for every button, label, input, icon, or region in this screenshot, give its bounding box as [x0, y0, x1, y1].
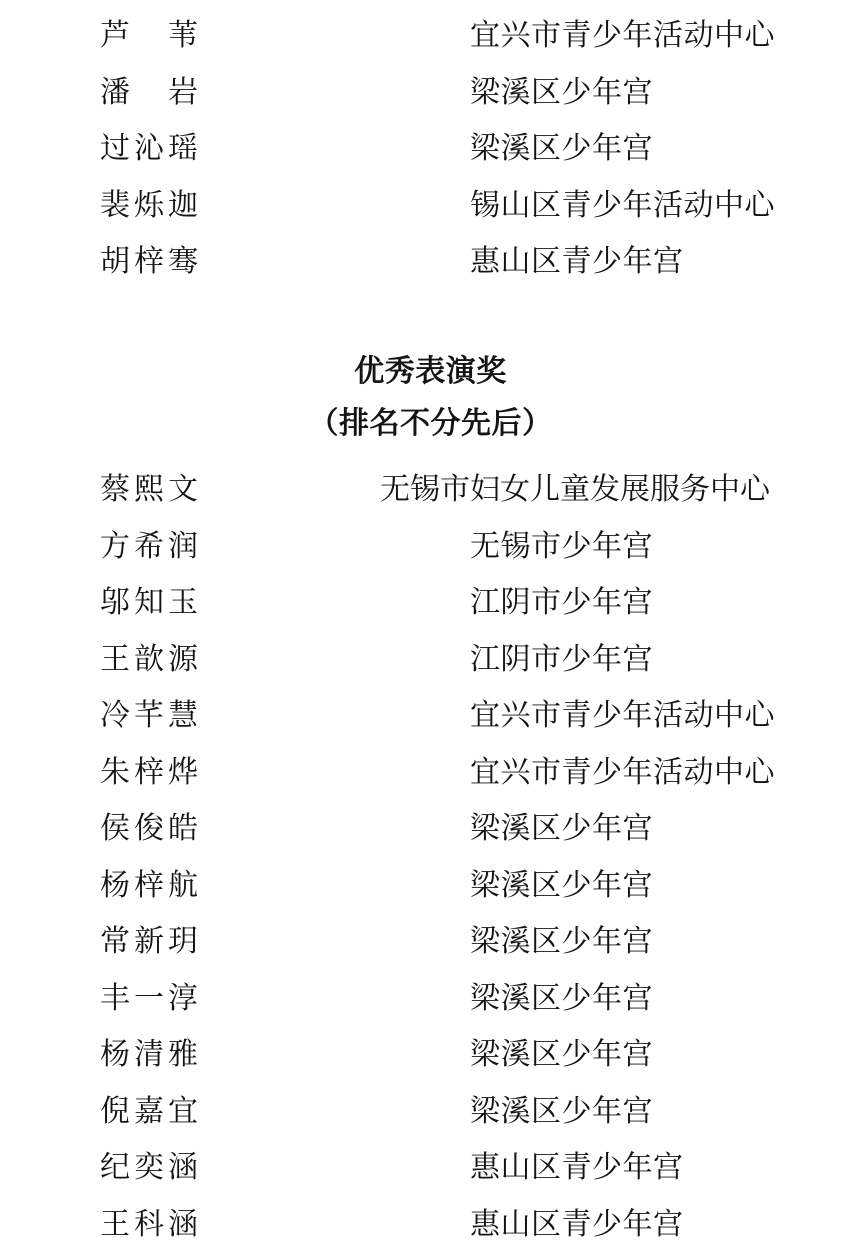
award-entry-row: 纪奕涵 惠山区青少年宫 — [0, 1136, 861, 1193]
awardee-organization: 无锡市少年宫 — [470, 521, 653, 565]
award-entry-row: 胡梓骞 惠山区青少年宫 — [0, 230, 861, 287]
awardee-organization: 梁溪区少年宫 — [470, 916, 653, 960]
awardee-name: 朱梓烨 — [100, 747, 202, 791]
awardee-organization: 梁溪区少年宫 — [470, 803, 653, 847]
award-entry-row: 方希润 无锡市少年宫 — [0, 515, 861, 572]
document-page: 芦 苇 宜兴市青少年活动中心 潘 岩 梁溪区少年宫 过沁瑶 梁溪区少年宫 裴烁迦… — [0, 0, 861, 1253]
awardee-organization: 梁溪区少年宫 — [470, 1029, 653, 1073]
awardee-organization: 梁溪区少年宫 — [470, 123, 653, 167]
awardee-organization: 江阴市少年宫 — [470, 634, 653, 678]
awardee-name: 过沁瑶 — [100, 123, 202, 167]
awardee-organization: 宜兴市青少年活动中心 — [470, 10, 775, 54]
awardee-name: 芦 苇 — [100, 10, 202, 54]
awardee-organization: 宜兴市青少年活动中心 — [470, 690, 775, 734]
award-entry-row: 侯俊皓 梁溪区少年宫 — [0, 797, 861, 854]
awardee-organization: 宜兴市青少年活动中心 — [470, 747, 775, 791]
award-entry-row: 裴烁迦 锡山区青少年活动中心 — [0, 174, 861, 231]
award-entry-row: 邬知玉 江阴市少年宫 — [0, 571, 861, 628]
awardee-name: 胡梓骞 — [100, 236, 202, 280]
award-list-main: 蔡熙文 无锡市妇女儿童发展服务中心 方希润 无锡市少年宫 邬知玉 江阴市少年宫 … — [0, 458, 861, 1249]
awardee-organization: 惠山区青少年宫 — [470, 236, 684, 280]
award-entry-row: 丰一淳 梁溪区少年宫 — [0, 967, 861, 1024]
awardee-organization: 梁溪区少年宫 — [470, 67, 653, 111]
awardee-organization: 惠山区青少年宫 — [470, 1142, 684, 1186]
awardee-name: 潘 岩 — [100, 67, 202, 111]
awardee-name: 邬知玉 — [100, 577, 202, 621]
award-entry-row: 潘 岩 梁溪区少年宫 — [0, 61, 861, 118]
awardee-organization: 惠山区青少年宫 — [470, 1199, 684, 1243]
awardee-name: 丰一淳 — [100, 973, 202, 1017]
awardee-name: 冷芊慧 — [100, 690, 202, 734]
awardee-organization: 梁溪区少年宫 — [470, 973, 653, 1017]
award-entry-row: 芦 苇 宜兴市青少年活动中心 — [0, 4, 861, 61]
award-entry-row: 倪嘉宜 梁溪区少年宫 — [0, 1080, 861, 1137]
awardee-organization: 梁溪区少年宫 — [470, 1086, 653, 1130]
awardee-organization: 无锡市妇女儿童发展服务中心 — [380, 464, 770, 508]
awardee-organization: 梁溪区少年宫 — [470, 860, 653, 904]
awardee-name: 常新玥 — [100, 916, 202, 960]
section-subtitle: （排名不分先后） — [0, 398, 861, 450]
award-entry-row: 杨梓航 梁溪区少年宫 — [0, 854, 861, 911]
award-entry-row: 朱梓烨 宜兴市青少年活动中心 — [0, 741, 861, 798]
awardee-name: 侯俊皓 — [100, 803, 202, 847]
award-entry-row: 王科涵 惠山区青少年宫 — [0, 1193, 861, 1250]
award-entry-row: 常新玥 梁溪区少年宫 — [0, 910, 861, 967]
awardee-name: 纪奕涵 — [100, 1142, 202, 1186]
awardee-organization: 江阴市少年宫 — [470, 577, 653, 621]
awardee-name: 方希润 — [100, 521, 202, 565]
award-entry-row: 过沁瑶 梁溪区少年宫 — [0, 117, 861, 174]
award-list-top: 芦 苇 宜兴市青少年活动中心 潘 岩 梁溪区少年宫 过沁瑶 梁溪区少年宫 裴烁迦… — [0, 4, 861, 287]
awardee-name: 王科涵 — [100, 1199, 202, 1243]
award-entry-row: 王歆源 江阴市少年宫 — [0, 628, 861, 685]
awardee-name: 蔡熙文 — [100, 464, 202, 508]
awardee-name: 杨清雅 — [100, 1029, 202, 1073]
awardee-name: 王歆源 — [100, 634, 202, 678]
award-entry-row: 杨清雅 梁溪区少年宫 — [0, 1023, 861, 1080]
awardee-name: 裴烁迦 — [100, 180, 202, 224]
awardee-organization: 锡山区青少年活动中心 — [470, 180, 775, 224]
section-title: 优秀表演奖 — [0, 346, 861, 398]
awardee-name: 杨梓航 — [100, 860, 202, 904]
awardee-name: 倪嘉宜 — [100, 1086, 202, 1130]
award-entry-row: 蔡熙文 无锡市妇女儿童发展服务中心 — [0, 458, 861, 515]
award-entry-row: 冷芊慧 宜兴市青少年活动中心 — [0, 684, 861, 741]
